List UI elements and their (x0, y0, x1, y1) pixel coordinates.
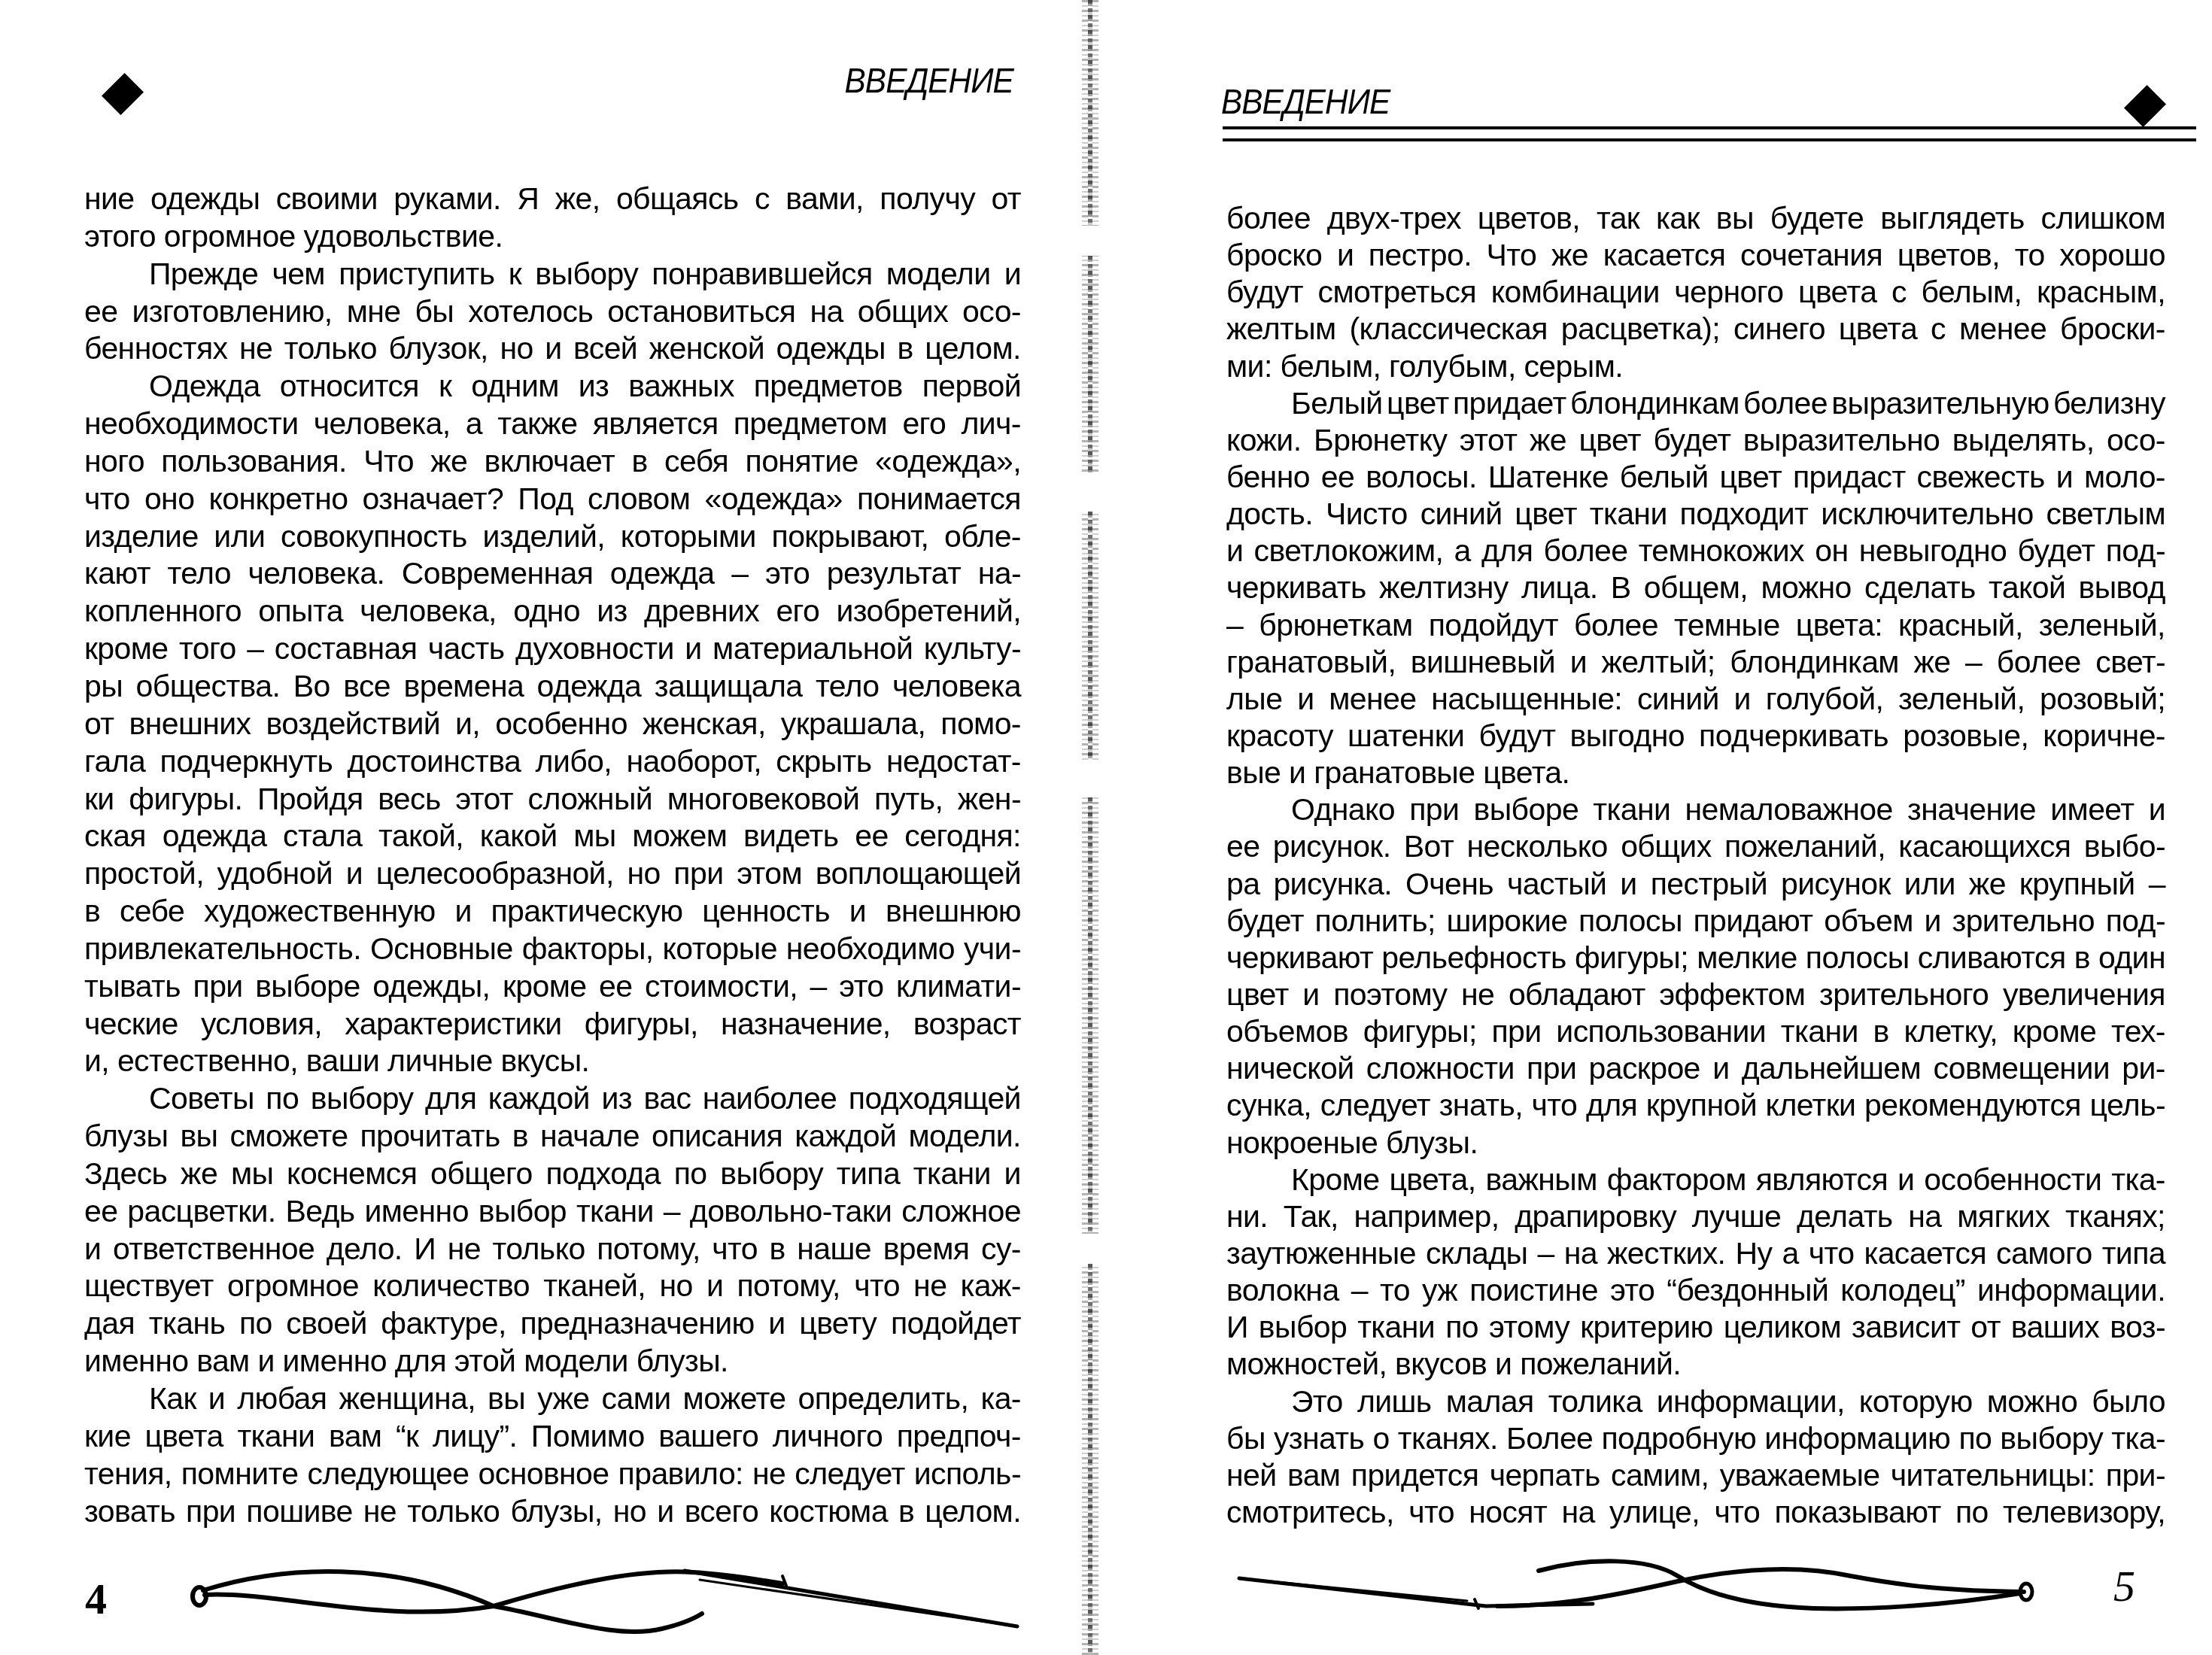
text-line: быузнатьотканях.Болееподробнуюинформацию… (1226, 1420, 2165, 1457)
text-line: черкиватьжелтизнулица.Вобщем,можносделат… (1226, 569, 2165, 606)
text-line: –брюнеткамподойдутболеетемныецвета:красн… (1226, 607, 2165, 644)
gutter-gap (1080, 226, 1101, 256)
text-line: каюттелочеловека.Современнаяодежда–эторе… (84, 555, 1021, 593)
running-head: ВВЕДЕНИЕ (845, 63, 1013, 98)
text-line: заутюженныесклады–нажестких.Нуачтокасает… (1226, 1235, 2165, 1272)
page-number: 4 (85, 1578, 107, 1621)
text-line: копленногоопытачеловека,одноиздревнихего… (84, 593, 1021, 630)
text-line: ми: белым, голубым, серым. (1226, 348, 2165, 385)
text-line: вые и гранатовые цвета. (1226, 755, 2165, 791)
body-text: ниеодеждысвоимируками.Яже,общаясьсвами,п… (84, 181, 1021, 1530)
text-line: блузывысможетепрочитатьвначалеописанияка… (84, 1118, 1021, 1155)
needle-and-thread-ornament-icon (1226, 1535, 2054, 1647)
text-line: Кромецвета,важнымфакторомявляютсяиособен… (1226, 1162, 2165, 1198)
text-line: простой,удобнойицелесообразной,ноприэтом… (84, 855, 1021, 893)
text-line: бенностяхнетолькоблузок,ноивсейженскойод… (84, 330, 1021, 368)
right-page: ВВЕДЕНИЕ болеедвух-трехцветов,таккаквыбу… (1106, 0, 2212, 1655)
text-line: можностей, вкусов и пожеланий. (1226, 1346, 2165, 1383)
gutter-gap (1080, 1234, 1101, 1264)
text-line: ческиеусловия,характеристикифигуры,назна… (84, 1006, 1021, 1043)
gutter-gap (1080, 474, 1101, 512)
text-line: галаподчеркнутьдостоинствалибо,наоборот,… (84, 743, 1021, 781)
text-line: дость.Чистосинийцветтканиподходитисключи… (1226, 496, 2165, 533)
gutter-gap (1080, 760, 1101, 797)
left-page: ВВЕДЕНИЕ ниеодеждысвоимируками.Яже,общая… (0, 0, 1083, 1655)
text-line: будутсмотретьсякомбинациичерногоцветасбе… (1226, 274, 2165, 311)
diamond-bullet-icon (2124, 85, 2166, 127)
text-line: нейвампридетсячерпатьсамим,уважаемыечита… (1226, 1457, 2165, 1494)
text-line: рыобщества.Вовсевременаодеждазащищалател… (84, 668, 1021, 706)
text-line: ществуетогромноеколичествотканей,ноипото… (84, 1268, 1021, 1305)
text-line: отвнешнихвоздействийи,особенноженская,ук… (84, 706, 1021, 743)
text-line: Одеждаотноситсякоднимизважныхпредметовпе… (84, 368, 1021, 405)
text-line: красотушатенкибудутвыгодноподчеркиватьро… (1226, 718, 2165, 755)
text-line: ническойсложностиприраскроеидальнейшемсо… (1226, 1050, 2165, 1087)
text-line: киецветатканивам“клицу”.Помимовашеголичн… (84, 1418, 1021, 1456)
text-line: желтым(классическаярасцветка);синегоцвет… (1226, 311, 2165, 348)
text-line: еерасцветки.Ведьименновыборткани–довольн… (84, 1193, 1021, 1231)
text-line: зоватьприпошивенетолькоблузы,ноивсегокос… (84, 1493, 1021, 1531)
text-line: тения,помнитеследующееосновноеправило:не… (84, 1456, 1021, 1493)
text-line: кожи.Брюнеткуэтотжецветбудетвыразительно… (1226, 422, 2165, 459)
text-line: ни.Так,например,драпировкулучшеделатьнам… (1226, 1198, 2165, 1235)
text-line: тыватьпривыбореодежды,кромееестоимости,–… (84, 968, 1021, 1006)
text-line: кифигуры.Пройдявесьэтотсложныймноговеков… (84, 781, 1021, 818)
text-line: привлекательность.Основныефакторы,которы… (84, 931, 1021, 968)
text-line: скаяодеждасталатакой,какоймыможемвидетье… (84, 818, 1021, 855)
header-rule-bottom (1223, 138, 2196, 141)
text-line: чтооноконкретноозначает?Подсловом«одежда… (84, 481, 1021, 518)
text-line: бенноееволосы.Шатенкебелыйцветпридастсве… (1226, 459, 2165, 496)
running-head: ВВЕДЕНИЕ (1221, 84, 1390, 119)
text-line: необходимостичеловека,атакжеявляетсяпред… (84, 405, 1021, 443)
body-text: болеедвух-трехцветов,таккаквыбудетевыгля… (1226, 200, 2165, 1531)
text-line: будетполнить;широкиеполосыпридаютобъемиз… (1226, 903, 2165, 940)
text-line: Однакопривыборетканинемаловажноезначение… (1226, 791, 2165, 828)
text-line: всебехудожественнуюипрактическуюценность… (84, 893, 1021, 931)
text-line: объемовфигуры;прииспользованиитканивклет… (1226, 1013, 2165, 1050)
text-line: сунка,следуетзнать,чтодлякрупнойклеткире… (1226, 1087, 2165, 1124)
text-line: Советыповыборудлякаждойизваснаиболееподх… (84, 1080, 1021, 1118)
text-line: ееизготовлению,мнебыхотелосьостановиться… (84, 293, 1021, 331)
text-line: даятканьпосвоейфактуре,предназначениюицв… (84, 1305, 1021, 1343)
needle-and-thread-ornament-icon (166, 1535, 1038, 1647)
text-line: смотритесь,чтоносятнаулице,чтопоказывают… (1226, 1494, 2165, 1531)
text-line: исветлокожим,адляболеетемнокожихонневыго… (1226, 533, 2165, 569)
text-line: еерисунок.Вотнесколькообщихпожеланий,кас… (1226, 828, 2165, 865)
text-line: Ивыбортканипоэтомукритериюцеликомзависит… (1226, 1309, 2165, 1346)
text-line: ниеодеждысвоимируками.Яже,общаясьсвами,п… (84, 181, 1021, 218)
text-line: Белыйцветпридаетблондинкамболеевыразител… (1226, 385, 2165, 422)
text-line: болеедвух-трехцветов,таккаквыбудетевыгля… (1226, 200, 2165, 237)
page-number: 5 (2113, 1565, 2135, 1608)
text-line: цветипоэтомунеобладаютэффектомзрительног… (1226, 976, 2165, 1013)
text-line: рарисунка.Оченьчастыйипестрыйрисунокилиж… (1226, 866, 2165, 903)
text-line: нокроеные блузы. (1226, 1125, 2165, 1162)
text-line: черкиваютрельефностьфигуры;мелкиеполосыс… (1226, 940, 2165, 976)
text-line: именно вам и именно для этой модели блуз… (84, 1343, 1021, 1380)
text-line: броскоипестро.Чтожекасаетсясочетанияцвет… (1226, 237, 2165, 274)
text-line: этого огромное удовольствие. (84, 218, 1021, 256)
text-line: и, естественно, ваши личные вкусы. (84, 1043, 1021, 1080)
text-line: крометого–составнаячастьдуховностииматер… (84, 630, 1021, 668)
diamond-bullet-icon (102, 73, 144, 115)
header-rule-top (1223, 126, 2196, 129)
text-line: изделиеилисовокупностьизделий,которымипо… (84, 518, 1021, 556)
text-line: гранатовый,вишневыйижелтый;блондинкамже–… (1226, 644, 2165, 681)
text-line: ногопользования.Чтожевключаетвсебяпоняти… (84, 443, 1021, 481)
text-line: Этолишьмалаятоликаинформации,которуюможн… (1226, 1383, 2165, 1420)
text-line: Преждечемприступитьквыборупонравившейсям… (84, 256, 1021, 293)
text-line: Здесьжемыкоснемсяобщегоподходаповыборути… (84, 1155, 1021, 1193)
text-line: Какилюбаяженщина,выужесамиможетеопредели… (84, 1380, 1021, 1418)
text-line: иответственноедело.Инетолькопотому,чтовн… (84, 1231, 1021, 1268)
text-line: лыеименеенасыщенные:синийиголубой,зелены… (1226, 681, 2165, 718)
text-line: волокна–тоужпоистинеэто“бездонныйколодец… (1226, 1272, 2165, 1309)
